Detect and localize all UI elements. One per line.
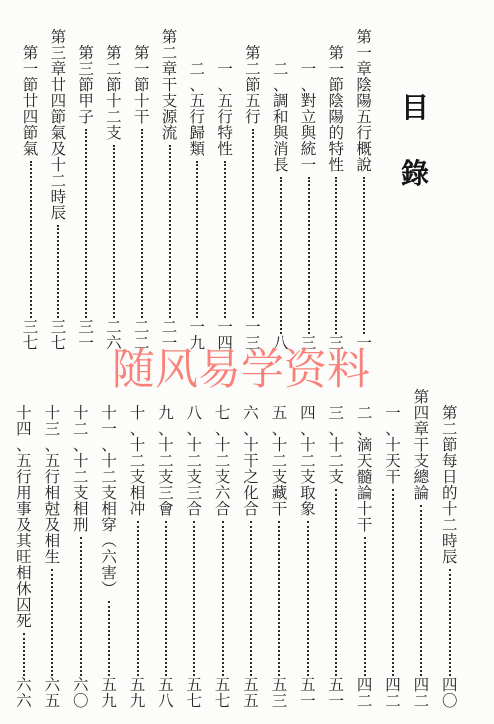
toc-entry-label: 十一、十二支相穿︵六害︶ xyxy=(100,406,119,598)
toc-entry: 一、五行特性 一四 xyxy=(211,30,239,352)
page-title: 目錄 xyxy=(400,30,430,352)
indent-spacer xyxy=(307,390,308,406)
toc-entry-label: 一、對立與統一 xyxy=(299,62,318,174)
toc-entry: 第三節 甲子 三一 xyxy=(72,30,100,352)
toc-entry: 一、十天干 四二 xyxy=(379,390,407,710)
dotted-leader xyxy=(420,505,422,676)
toc-entry-label: 十二、十二支相刑 xyxy=(71,406,90,534)
toc-entry: 九、十二支三會 五八 xyxy=(152,390,180,710)
toc-entry-page: 五七 xyxy=(185,678,204,710)
indent-spacer xyxy=(251,390,252,406)
indent-spacer xyxy=(109,390,110,406)
dotted-leader xyxy=(222,521,224,676)
toc-entry: 七、十二支六合 五七 xyxy=(208,390,236,710)
toc-entry: 一、對立與統一 三 xyxy=(295,30,323,352)
toc-entry-page: 五七 xyxy=(213,678,232,710)
indent-spacer xyxy=(137,390,138,406)
toc-entry: 六、十干之化合 五五 xyxy=(237,390,265,710)
dotted-leader xyxy=(137,521,139,676)
toc-entry-page: 五九 xyxy=(128,678,147,710)
toc-entry-page: 五三 xyxy=(270,678,289,710)
dotted-leader xyxy=(280,177,282,334)
toc-entry-label: 第四章 干支總論 xyxy=(412,390,431,502)
toc-entry: 第一章 陰陽五行概說 一 xyxy=(350,30,378,352)
indent-spacer xyxy=(23,390,24,406)
dotted-leader xyxy=(250,521,252,676)
toc-entry-page: 四二 xyxy=(355,678,374,710)
indent-spacer xyxy=(165,390,166,406)
toc-entry-page: 一九 xyxy=(188,320,207,352)
toc-entry: 第一節 陰陽的特性 三 xyxy=(322,30,350,352)
toc-entry-label: 十、十二支相冲 xyxy=(128,406,147,518)
toc-entry-label: 第二章 干支源流 xyxy=(160,30,179,142)
indent-spacer xyxy=(52,390,53,406)
indent-spacer xyxy=(30,30,31,46)
indent-spacer xyxy=(113,30,114,46)
toc-entry-page: 五八 xyxy=(156,678,175,710)
indent-spacer xyxy=(80,390,81,406)
toc-entry-label: 二、滴天髓論十干 xyxy=(355,406,374,534)
toc-section-top: 目錄 第一章 陰陽五行概說 一 第一節 陰陽的特性 三 一、對立與統一 三 二、… xyxy=(0,30,494,352)
toc-entry: 第二節 每日的十二時辰 四〇 xyxy=(436,390,464,710)
toc-entry-page: 二六 xyxy=(104,320,123,352)
toc-entry-page: 六六 xyxy=(14,678,33,710)
indent-spacer xyxy=(336,30,337,46)
toc-entry: 第三章 廿四節氣及十二時辰 三七 xyxy=(44,30,72,352)
toc-entry-page: 一 xyxy=(355,336,374,352)
indent-spacer xyxy=(308,30,309,62)
dotted-leader xyxy=(224,161,226,318)
toc-entry-label: 二、五行歸類 xyxy=(188,62,207,158)
toc-entry: 十一、十二支相穿︵六害︶ 五九 xyxy=(95,390,123,710)
toc-entry-label: 八、十二支三合 xyxy=(185,406,204,518)
toc-entry-page: 五一 xyxy=(327,678,346,710)
toc-entry: 第二節 五行 一三 xyxy=(239,30,267,352)
toc-entry-page: 六〇 xyxy=(71,678,90,710)
book-page: 目錄 第一章 陰陽五行概說 一 第一節 陰陽的特性 三 一、對立與統一 三 二、… xyxy=(0,0,494,724)
dotted-leader xyxy=(392,489,394,676)
toc-entry-label: 一、十天干 xyxy=(384,406,403,486)
dotted-leader xyxy=(141,129,143,318)
indent-spacer xyxy=(197,30,198,62)
toc-entry-label: 六、十干之化合 xyxy=(242,406,261,518)
toc-entry: 十四、五行用事及其旺相休囚死 六六 xyxy=(10,390,38,710)
toc-entry-page: 五九 xyxy=(100,678,119,710)
toc-entry-label: 第一節 陰陽的特性 xyxy=(327,46,346,174)
indent-spacer xyxy=(225,30,226,62)
toc-entry: 第二章 干支源流 二一 xyxy=(156,30,184,352)
dotted-leader xyxy=(307,521,309,676)
dotted-leader xyxy=(363,177,365,334)
toc-entry-page: 四二 xyxy=(412,678,431,710)
toc-entry-label: 九、十二支三會 xyxy=(156,406,175,518)
indent-spacer xyxy=(222,390,223,406)
toc-entry-page: 三一 xyxy=(77,320,96,352)
indent-spacer xyxy=(279,390,280,406)
dotted-leader xyxy=(108,601,110,676)
dotted-leader xyxy=(113,145,115,318)
toc-entry-label: 第三節 甲子 xyxy=(77,46,96,126)
toc-entry-page: 三七 xyxy=(21,320,40,352)
toc-entry-label: 第二節 每日的十二時辰 xyxy=(440,406,459,566)
dotted-leader xyxy=(335,489,337,676)
indent-spacer xyxy=(393,390,394,406)
toc-entry-label: 十三、五行相尅及相生 xyxy=(43,406,62,566)
toc-entry-label: 第一節 廿四節氣 xyxy=(21,46,40,158)
toc-entry-label: 三、十二支 xyxy=(327,406,346,486)
toc-entry-label: 五、十二支藏干 xyxy=(270,406,289,518)
dotted-leader xyxy=(193,521,195,676)
toc-entry: 第一節 廿四節氣 三七 xyxy=(17,30,45,352)
toc-entry-label: 第一章 陰陽五行概說 xyxy=(355,30,374,174)
toc-entry-page: 三 xyxy=(299,336,318,352)
toc-entry-page: 一三 xyxy=(243,320,262,352)
toc-entry: 二、五行歸類 一九 xyxy=(183,30,211,352)
toc-section-bottom: 第二節 每日的十二時辰 四〇 第四章 干支總論 四二 一、十天干 四二 二、滴天… xyxy=(0,390,494,710)
toc-entry-label: 一、五行特性 xyxy=(216,62,235,158)
dotted-leader xyxy=(30,161,32,318)
dotted-leader xyxy=(165,521,167,676)
dotted-leader xyxy=(57,225,59,318)
indent-spacer xyxy=(141,30,142,46)
toc-entry: 十、十二支相冲 五九 xyxy=(123,390,151,710)
toc-entry-page: 四〇 xyxy=(440,678,459,710)
dotted-leader xyxy=(51,569,53,676)
toc-entry-page: 一四 xyxy=(216,320,235,352)
toc-entry-label: 第一節 十干 xyxy=(132,46,151,126)
dotted-leader xyxy=(169,145,171,318)
toc-entry-page: 八 xyxy=(271,336,290,352)
toc-entry: 三、十二支 五一 xyxy=(322,390,350,710)
indent-spacer xyxy=(280,30,281,62)
toc-entry: 四、十二支取象 五一 xyxy=(294,390,322,710)
dotted-leader xyxy=(80,537,82,676)
toc-entry: 五、十二支藏干 五三 xyxy=(265,390,293,710)
toc-entry-label: 二、調和與消長 xyxy=(271,62,290,174)
toc-entry: 二、滴天髓論十干 四二 xyxy=(350,390,378,710)
dotted-leader xyxy=(252,129,254,318)
toc-entry: 第二節 十二支 二六 xyxy=(100,30,128,352)
toc-entry-page: 二二 xyxy=(132,320,151,352)
toc-entry: 第四章 干支總論 四二 xyxy=(407,390,435,710)
toc-entry: 二、調和與消長 八 xyxy=(267,30,295,352)
indent-spacer xyxy=(449,390,450,406)
toc-entry-page: 六五 xyxy=(43,678,62,710)
toc-entry: 十二、十二支相刑 六〇 xyxy=(67,390,95,710)
dotted-leader xyxy=(278,521,280,676)
dotted-leader xyxy=(364,537,366,676)
indent-spacer xyxy=(336,390,337,406)
dotted-leader xyxy=(449,569,451,676)
toc-entry-label: 第二節 十二支 xyxy=(104,46,123,142)
toc-entry-page: 四二 xyxy=(384,678,403,710)
indent-spacer xyxy=(364,390,365,406)
toc-entry-page: 五一 xyxy=(298,678,317,710)
dotted-leader xyxy=(335,177,337,334)
toc-entry-label: 第二節 五行 xyxy=(243,46,262,126)
dotted-leader xyxy=(308,177,310,334)
toc-entry: 八、十二支三合 五七 xyxy=(180,390,208,710)
indent-spacer xyxy=(86,30,87,46)
toc-entry-page: 五五 xyxy=(242,678,261,710)
toc-entry-label: 十四、五行用事及其旺相休囚死 xyxy=(14,406,33,630)
toc-entry: 十三、五行相尅及相生 六五 xyxy=(38,390,66,710)
dotted-leader xyxy=(196,161,198,318)
toc-entry-label: 第三章 廿四節氣及十二時辰 xyxy=(49,30,68,222)
toc-entry-label: 四、十二支取象 xyxy=(298,406,317,518)
toc-entry-page: 二一 xyxy=(160,320,179,352)
indent-spacer xyxy=(194,390,195,406)
dotted-leader xyxy=(85,129,87,318)
toc-entry-page: 三 xyxy=(327,336,346,352)
toc-entry-page: 三七 xyxy=(49,320,68,352)
toc-entry: 第一節 十干 二二 xyxy=(128,30,156,352)
dotted-leader xyxy=(23,633,25,676)
toc-entry-label: 七、十二支六合 xyxy=(213,406,232,518)
indent-spacer xyxy=(252,30,253,46)
